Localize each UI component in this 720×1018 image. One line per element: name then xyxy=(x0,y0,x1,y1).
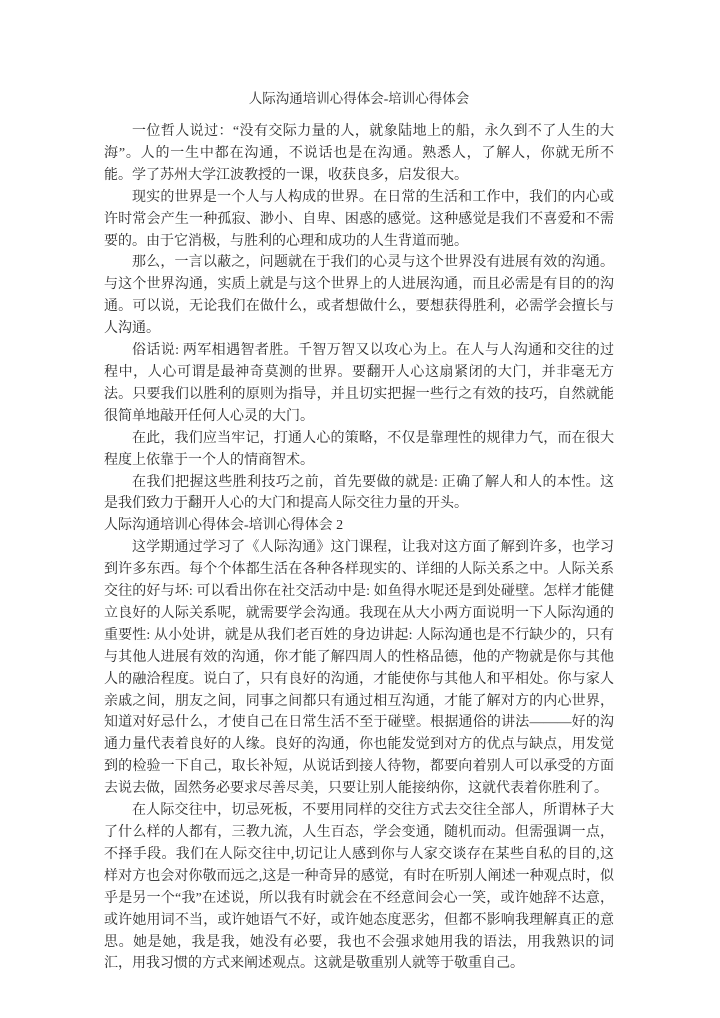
paragraph-3: 那么，一言以蔽之，问题就在于我们的心灵与这个世界没有进展有效的沟通。与这个世界沟… xyxy=(104,252,614,340)
document-title: 人际沟通培训心得体会-培训心得体会 xyxy=(104,88,614,110)
paragraph-4: 俗话说: 两军相遇智者胜。千智万智又以攻心为上。在人与人沟通和交往的过程中，人心… xyxy=(104,340,614,428)
paragraph-7: 这学期通过学习了《人际沟通》这门课程，让我对这方面了解到许多，也学习到许多东西。… xyxy=(104,537,614,800)
paragraph-8: 在人际交往中，切忌死板，不要用同样的交往方式去交往全部人，所谓林子大了什么样的人… xyxy=(104,800,614,975)
paragraph-5: 在此，我们应当牢记，打通人心的策略，不仅是靠理性的规律力气，而在很大程度上依靠于… xyxy=(104,428,614,472)
paragraph-6: 在我们把握这些胜利技巧之前，首先要做的就是: 正确了解人和人的本性。这是我们致力… xyxy=(104,472,614,516)
paragraph-1: 一位哲人说过：“没有交际力量的人，就象陆地上的船，永久到不了人生的大海”。人的一… xyxy=(104,121,614,187)
paragraph-2: 现实的世界是一个人与人构成的世界。在日常的生活和工作中，我们的内心或许时常会产生… xyxy=(104,187,614,253)
document-page: 人际沟通培训心得体会-培训心得体会 一位哲人说过：“没有交际力量的人，就象陆地上… xyxy=(104,88,614,975)
section-subheading: 人际沟通培训心得体会-培训心得体会 2 xyxy=(104,515,614,537)
